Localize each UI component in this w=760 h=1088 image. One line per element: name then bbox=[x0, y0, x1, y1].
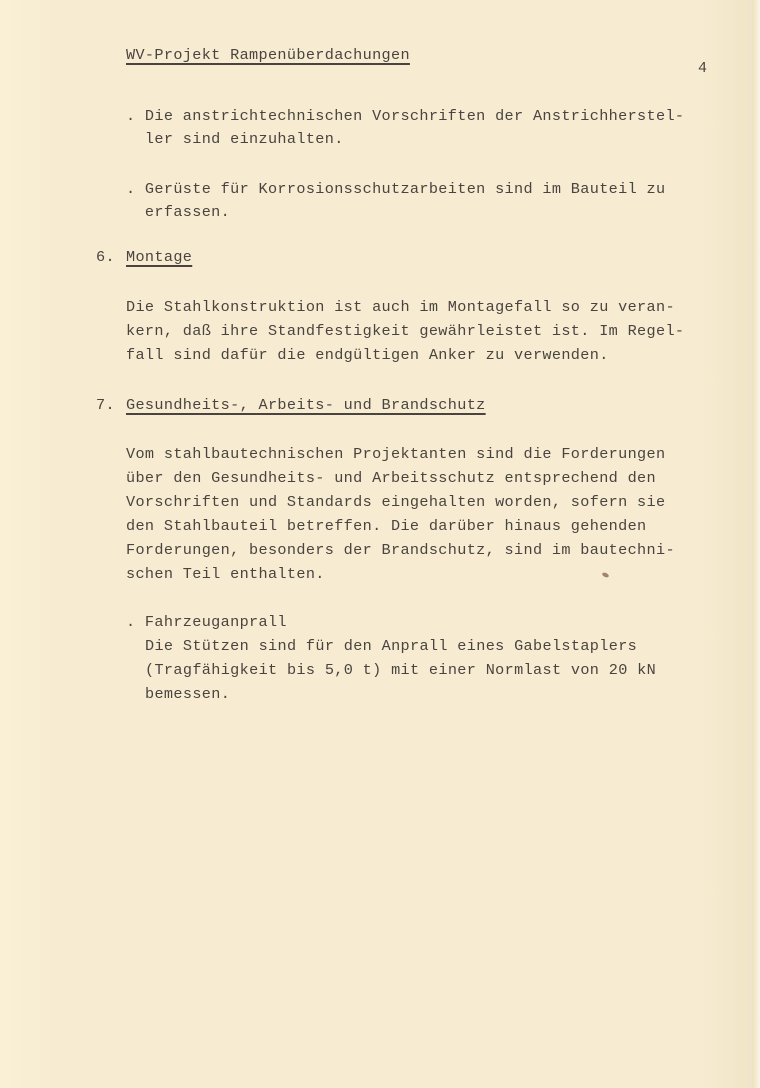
section-7-paragraph-line-1: Vom stahlbautechnischen Projektanten sin… bbox=[126, 445, 665, 463]
section-6-paragraph-line-1: Die Stahlkonstruktion ist auch im Montag… bbox=[126, 298, 675, 316]
bullet-scaffold-line-1: . Gerüste für Korrosionsschutzarbeiten s… bbox=[126, 180, 665, 198]
bullet-vehicle-impact-line-3: bemessen. bbox=[145, 685, 230, 703]
bullet-vehicle-impact-line-1: Die Stützen sind für den Anprall eines G… bbox=[145, 637, 637, 655]
section-7-paragraph-line-4: den Stahlbauteil betreffen. Die darüber … bbox=[126, 517, 647, 535]
bullet-vehicle-impact-title: . Fahrzeuganprall bbox=[126, 613, 287, 631]
section-7-paragraph-line-3: Vorschriften und Standards eingehalten w… bbox=[126, 493, 665, 511]
page-edge bbox=[752, 0, 760, 1088]
ink-stain bbox=[601, 572, 609, 579]
section-6-heading: Montage bbox=[126, 248, 192, 266]
bullet-paint-line-2: ler sind einzuhalten. bbox=[126, 130, 344, 148]
section-7-paragraph-line-2: über den Gesundheits- und Arbeitsschutz … bbox=[126, 469, 656, 487]
section-7-paragraph-line-6: schen Teil enthalten. bbox=[126, 565, 325, 583]
page-number: 4 bbox=[698, 60, 707, 77]
bullet-scaffold-line-2: erfassen. bbox=[126, 203, 230, 221]
section-7-number: 7. bbox=[96, 396, 115, 414]
section-6-paragraph-line-2: kern, daß ihre Standfestigkeit gewährlei… bbox=[126, 322, 684, 340]
document-page: WV-Projekt Rampenüberdachungen 4 . Die a… bbox=[0, 0, 760, 1088]
bullet-vehicle-impact-line-2: (Tragfähigkeit bis 5,0 t) mit einer Norm… bbox=[145, 661, 656, 679]
section-6-paragraph-line-3: fall sind dafür die endgültigen Anker zu… bbox=[126, 346, 609, 364]
section-6-number: 6. bbox=[96, 248, 115, 266]
section-7-heading: Gesundheits-, Arbeits- und Brandschutz bbox=[126, 396, 486, 414]
document-header-title: WV-Projekt Rampenüberdachungen bbox=[126, 46, 410, 64]
bullet-paint-line-1: . Die anstrichtechnischen Vorschriften d… bbox=[126, 107, 684, 125]
section-7-paragraph-line-5: Forderungen, besonders der Brandschutz, … bbox=[126, 541, 675, 559]
